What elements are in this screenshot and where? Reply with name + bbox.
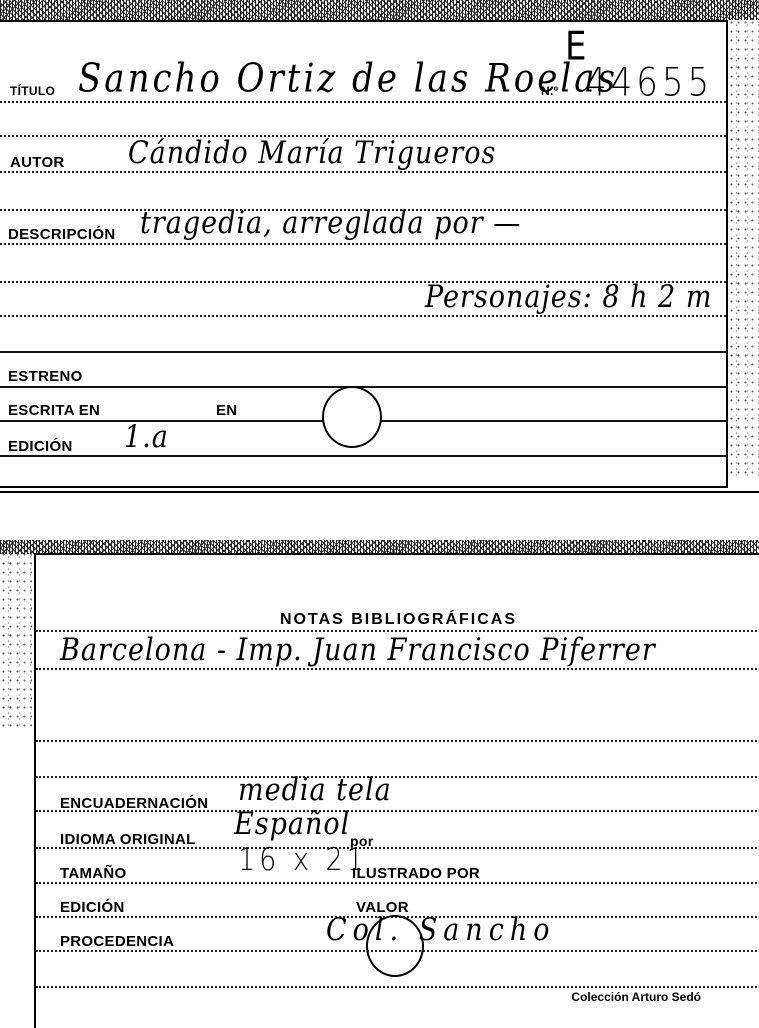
rule: [36, 667, 759, 670]
field-label-tamano: TAMAÑO: [60, 865, 127, 882]
field-label-descripcion: DESCRIPCIÓN: [8, 226, 115, 243]
field-label-ilustrado-por: ILUSTRADO POR: [352, 865, 480, 882]
rule: [36, 985, 759, 988]
notes-value: Barcelona - Imp. Juan Francisco Piferrer: [60, 632, 656, 668]
field-label-escrita-en: ESCRITA EN: [8, 402, 100, 419]
field-label-en: EN: [216, 402, 237, 419]
field-label-autor: AUTOR: [10, 154, 65, 171]
rule: [0, 242, 726, 245]
field-value-idioma: Español: [234, 806, 350, 842]
field-label-procedencia: PROCEDENCIA: [60, 933, 174, 950]
scan-noise-right: [728, 0, 759, 480]
rule: [36, 775, 759, 778]
field-label-titulo: TÍTULO: [10, 84, 55, 98]
rule: [0, 350, 726, 353]
rule: [36, 846, 759, 849]
field-label-estreno: ESTRENO: [8, 368, 83, 385]
card-separator: [0, 491, 759, 493]
notes-heading: NOTAS BIBLIOGRÁFICAS: [36, 611, 759, 629]
punch-hole-stamp: [322, 386, 382, 448]
rule: [36, 739, 759, 742]
collection-credit: Colección Arturo Sedó: [571, 990, 701, 1004]
field-value-autor: Cándido María Trigueros: [128, 135, 496, 171]
field-label-edicion-back: EDICIÓN: [60, 899, 125, 916]
field-label-encuadernacion: ENCUADERNACIÓN: [60, 795, 208, 812]
field-value-titulo: Sancho Ortiz de las Roelas: [78, 56, 618, 102]
field-value-descripcion: tragedia, arreglada por —: [140, 205, 521, 241]
catalog-card-front: E TÍTULO Sancho Ortiz de las Roelas N.º …: [0, 20, 728, 488]
field-label-edicion: EDICIÓN: [8, 438, 73, 455]
scan-noise-top: [0, 0, 759, 20]
scan-noise-left: [0, 550, 32, 730]
field-value-personajes: Personajes: 8 h 2 m: [425, 279, 712, 315]
rule: [0, 170, 726, 173]
field-value-procedencia: Col. Sancho: [326, 912, 555, 948]
field-value-edicion: 1.a: [124, 419, 169, 455]
punch-hole-stamp: [366, 915, 424, 977]
rule: [0, 454, 726, 457]
field-value-tamano: 16 x 21: [238, 842, 368, 878]
rule: [0, 314, 726, 317]
rule: [0, 100, 726, 103]
field-value-encuadernacion: media tela: [238, 772, 392, 808]
rule: [36, 881, 759, 884]
scan-noise-mid: [0, 540, 759, 554]
field-label-numero: N.º: [541, 84, 558, 98]
catalog-card-back: NOTAS BIBLIOGRÁFICAS Barcelona - Imp. Ju…: [34, 553, 759, 1028]
